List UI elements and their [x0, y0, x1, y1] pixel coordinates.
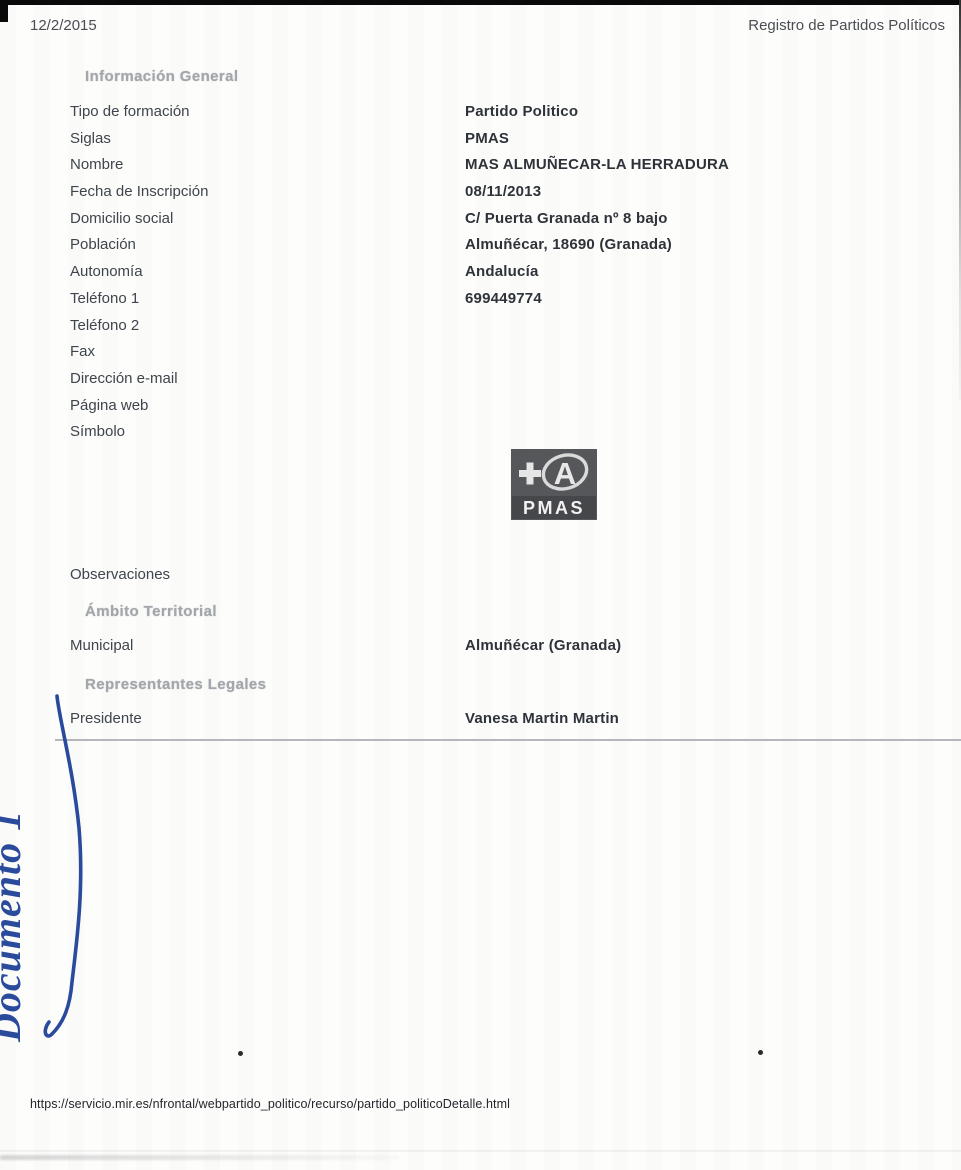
scanned-document-page: { "page": { "print_date": "12/2/2015", "…: [0, 0, 961, 1170]
scan-speck-dot: [758, 1050, 763, 1055]
svg-text:A: A: [554, 456, 576, 491]
field-row-domicilio-social: Domicilio socialC/ Puerta Granada nº 8 b…: [70, 206, 729, 233]
field-value: MAS ALMUÑECAR-LA HERRADURA: [465, 152, 729, 179]
field-label: Municipal: [70, 633, 465, 660]
svg-text:PMAS: PMAS: [523, 498, 585, 518]
scan-edge-top-bar: [0, 0, 961, 5]
scan-edge-corner-mark: [0, 0, 8, 22]
scan-smear-mark: [0, 1155, 400, 1160]
field-label: Símbolo: [70, 419, 465, 446]
scan-faint-band: [0, 1150, 961, 1152]
field-value: 08/11/2013: [465, 179, 541, 206]
field-value: Almuñécar (Granada): [465, 633, 621, 660]
field-value: Almuñécar, 18690 (Granada): [465, 232, 672, 259]
page-title: Registro de Partidos Políticos: [748, 17, 945, 34]
field-row-simbolo: Símbolo: [70, 419, 729, 446]
section-heading-informacion-general: Información General: [85, 68, 238, 85]
field-row-telefono-1: Teléfono 1699449774: [70, 286, 729, 313]
field-row-pagina-web: Página web: [70, 393, 729, 420]
field-value: Partido Politico: [465, 99, 578, 126]
handwriting-ink-icon: Documento 1: [0, 690, 135, 1065]
field-value: C/ Puerta Granada nº 8 bajo: [465, 206, 668, 233]
field-label: Teléfono 2: [70, 313, 465, 340]
svg-text:Documento 1: Documento 1: [0, 810, 29, 1043]
field-row-fax: Fax: [70, 339, 729, 366]
field-row-municipal: MunicipalAlmuñécar (Granada): [70, 633, 621, 660]
field-label: Población: [70, 232, 465, 259]
print-date: 12/2/2015: [30, 17, 97, 34]
field-row-direccion-email: Dirección e-mail: [70, 366, 729, 393]
field-row-autonomia: AutonomíaAndalucía: [70, 259, 729, 286]
field-label: Autonomía: [70, 259, 465, 286]
footer-url: https://servicio.mir.es/nfrontal/webpart…: [30, 1097, 510, 1111]
field-row-fecha-de-inscripcion: Fecha de Inscripción08/11/2013: [70, 179, 729, 206]
handwritten-annotation: Documento 1: [0, 690, 135, 1065]
general-fields-list: Tipo de formaciónPartido Politico Siglas…: [70, 99, 729, 446]
field-value: 699449774: [465, 286, 542, 313]
section-heading-ambito-territorial: Ámbito Territorial: [85, 603, 217, 620]
field-label: Fax: [70, 339, 465, 366]
field-label: Teléfono 1: [70, 286, 465, 313]
field-row-siglas: SiglasPMAS: [70, 126, 729, 153]
field-row-poblacion: PoblaciónAlmuñécar, 18690 (Granada): [70, 232, 729, 259]
pmas-logo-icon: A PMAS: [511, 449, 597, 520]
field-label: Dirección e-mail: [70, 366, 465, 393]
field-label: Domicilio social: [70, 206, 465, 233]
field-row-tipo-de-formacion: Tipo de formaciónPartido Politico: [70, 99, 729, 126]
field-row-nombre: NombreMAS ALMUÑECAR-LA HERRADURA: [70, 152, 729, 179]
section-divider-line: [55, 739, 961, 741]
field-label: Siglas: [70, 126, 465, 153]
field-row-observaciones: Observaciones: [70, 562, 465, 589]
field-value: Andalucía: [465, 259, 538, 286]
field-label: Fecha de Inscripción: [70, 179, 465, 206]
party-symbol-image: A PMAS: [511, 449, 597, 520]
scan-speck-dot: [238, 1051, 243, 1056]
field-value: PMAS: [465, 126, 509, 153]
field-row-presidente: PresidenteVanesa Martin Martin: [70, 706, 619, 733]
field-label: Observaciones: [70, 562, 465, 589]
field-row-telefono-2: Teléfono 2: [70, 313, 729, 340]
field-value: Vanesa Martin Martin: [465, 706, 619, 733]
field-label: Tipo de formación: [70, 99, 465, 126]
field-label: Página web: [70, 393, 465, 420]
field-label: Nombre: [70, 152, 465, 179]
